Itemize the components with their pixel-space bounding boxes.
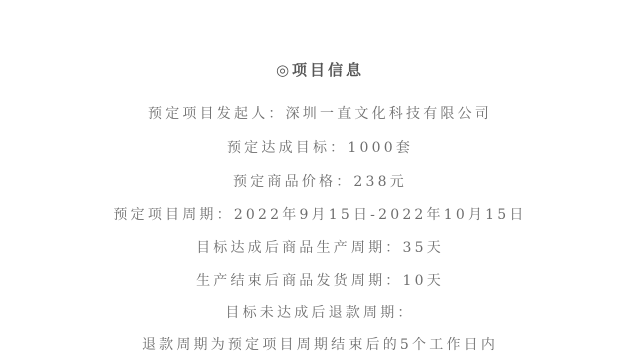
info-line-period: 预定项目周期：2022年9月15日-2022年10月15日 [0,204,640,224]
section-heading: ◎项目信息 [0,59,640,80]
info-line-price: 预定商品价格：238元 [0,171,640,191]
info-line-shipping: 生产结束后商品发货周期：10天 [0,270,640,290]
section-title: 项目信息 [292,61,364,79]
info-line-refund-label: 目标未达成后退款周期： [0,302,640,322]
double-circle-icon: ◎ [276,61,292,79]
info-line-refund-detail: 退款周期为预定项目周期结束后的5个工作日内 [0,334,640,354]
info-line-target: 预定达成目标：1000套 [0,137,640,157]
info-line-initiator: 预定项目发起人：深圳一直文化科技有限公司 [0,103,640,123]
document-page: ◎项目信息 预定项目发起人：深圳一直文化科技有限公司 预定达成目标：1000套 … [0,0,640,361]
info-line-production: 目标达成后商品生产周期：35天 [0,237,640,257]
